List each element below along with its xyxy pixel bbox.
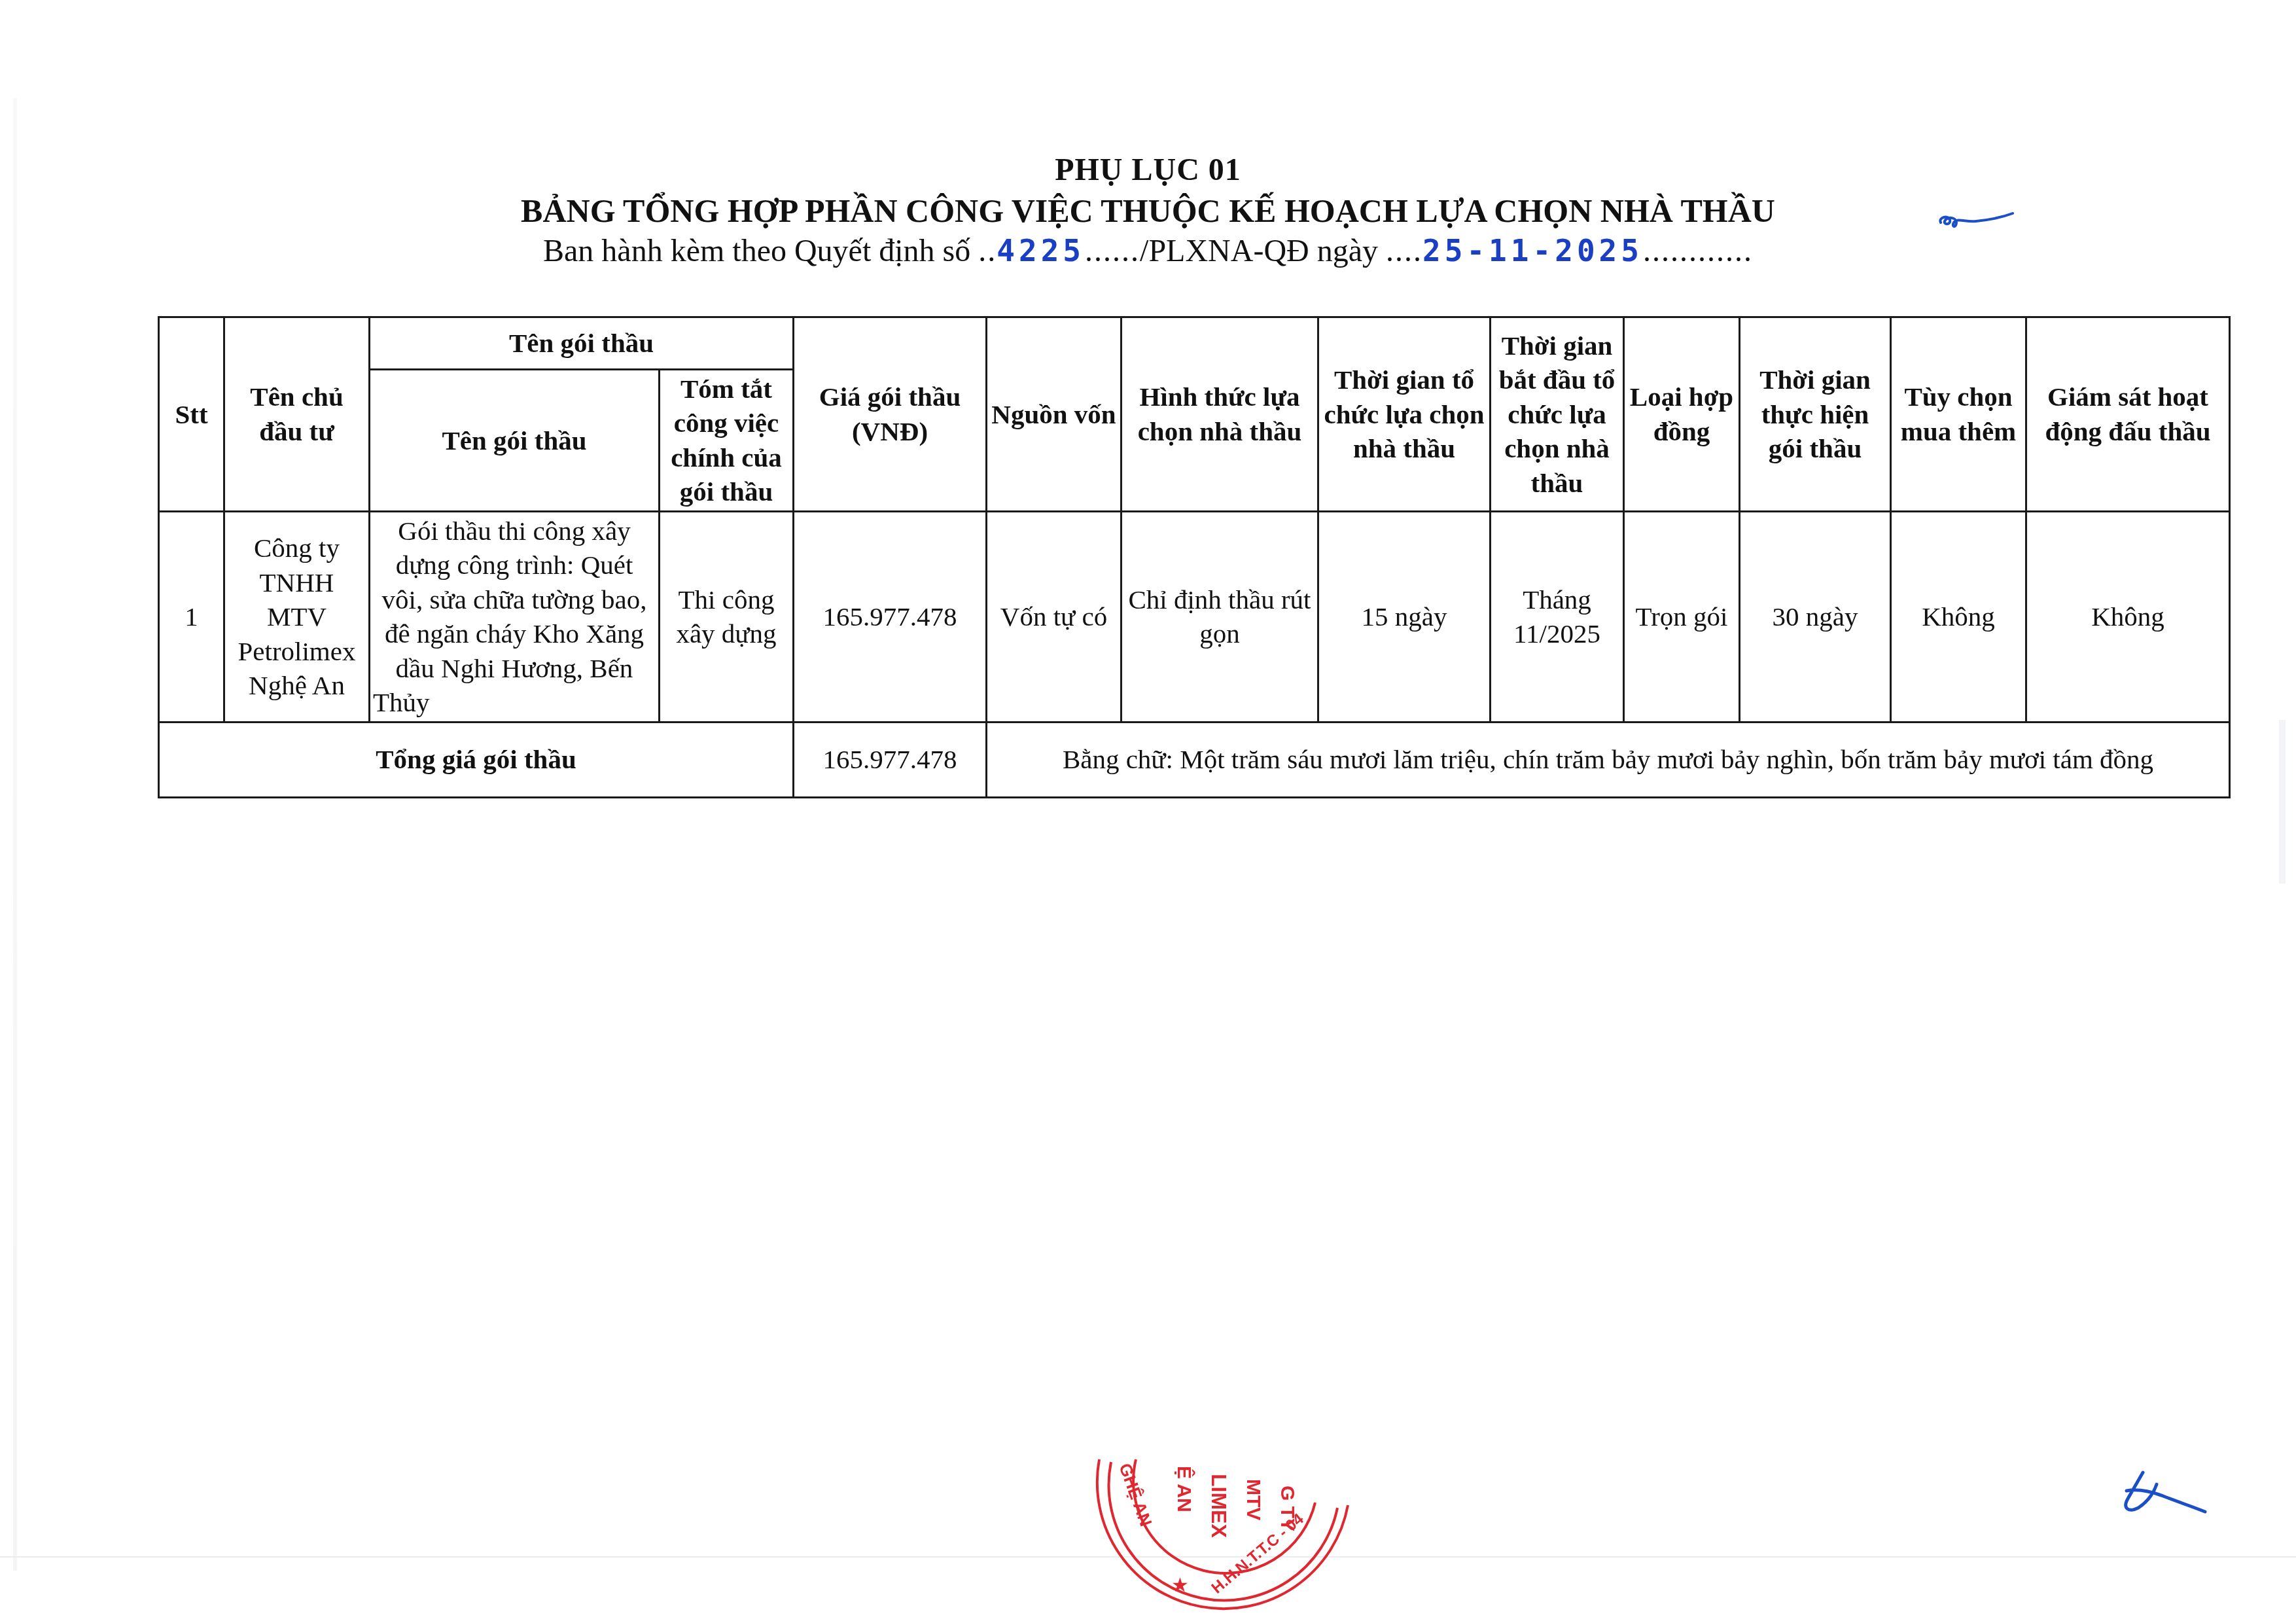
- header-funding: Nguồn vốn: [987, 317, 1122, 512]
- svg-text:GHỆ AN: GHỆ AN: [1115, 1461, 1156, 1529]
- cell-selection-duration: 15 ngày: [1318, 511, 1491, 722]
- decision-number: 4225: [997, 233, 1085, 268]
- svg-text:MTV: MTV: [1243, 1479, 1264, 1520]
- total-row: Tổng giá gói thầu 165.977.478 Bằng chữ: …: [159, 722, 2230, 797]
- company-seal-icon: G TY MTV LIMEX Ệ AN GHỆ AN ★ H.H.N.T.T.C…: [1073, 1440, 1361, 1616]
- header-selection-start: Thời gian bắt đầu tổ chức lựa chọn nhà t…: [1491, 317, 1624, 512]
- header-investor: Tên chủ đầu tư: [224, 317, 370, 512]
- total-price: 165.977.478: [794, 722, 987, 797]
- svg-text:LIMEX: LIMEX: [1207, 1474, 1231, 1538]
- scan-edge-artifact: [2279, 720, 2286, 883]
- cell-purchase-option: Không: [1891, 511, 2026, 722]
- cell-stt: 1: [159, 511, 224, 722]
- header-row: Stt Tên chủ đầu tư Tên gói thầu Giá gói …: [159, 317, 2230, 370]
- decision-suffix: /PLXNA-QĐ ngày: [1140, 234, 1386, 268]
- svg-text:★: ★: [1171, 1575, 1189, 1596]
- cell-package-name: Gói thầu thi công xây dựng công trình: Q…: [370, 511, 660, 722]
- dots: ..: [978, 234, 997, 268]
- cell-investor: Công ty TNHH MTV Petrolimex Nghệ An: [224, 511, 370, 722]
- contractor-selection-table: Stt Tên chủ đầu tư Tên gói thầu Giá gói …: [158, 316, 2231, 798]
- cell-execution-time: 30 ngày: [1740, 511, 1891, 722]
- header-monitoring: Giám sát hoạt động đấu thầu: [2026, 317, 2230, 512]
- cell-selection-method: Chỉ định thầu rút gọn: [1122, 511, 1318, 722]
- header-price: Giá gói thầu (VNĐ): [794, 317, 987, 512]
- appendix-title: PHỤ LỤC 01: [0, 152, 2296, 188]
- header-execution-time: Thời gian thực hiện gói thầu: [1740, 317, 1891, 512]
- cell-price: 165.977.478: [794, 511, 987, 722]
- signature-icon: [2113, 1466, 2212, 1525]
- header-purchase-option: Tùy chọn mua thêm: [1891, 317, 2026, 512]
- header-package-name: Tên gói thầu: [370, 370, 660, 512]
- header-summary: Tóm tắt công việc chính của gói thầu: [660, 370, 794, 512]
- cell-monitoring: Không: [2026, 511, 2230, 722]
- cell-summary: Thi công xây dựng: [660, 511, 794, 722]
- total-label: Tổng giá gói thầu: [159, 722, 794, 797]
- cell-selection-start: Tháng 11/2025: [1491, 511, 1624, 722]
- dots: ......: [1085, 234, 1140, 268]
- decision-date: 25-11-2025: [1422, 233, 1643, 268]
- cell-funding: Vốn tự có: [987, 511, 1122, 722]
- table-row: 1 Công ty TNHH MTV Petrolimex Nghệ An Gó…: [159, 511, 2230, 722]
- decision-reference: Ban hành kèm theo Quyết định số ..4225..…: [0, 233, 2296, 269]
- header-package-group: Tên gói thầu: [370, 317, 794, 370]
- header-contract-type: Loại hợp đồng: [1624, 317, 1740, 512]
- total-in-words: Bằng chữ: Một trăm sáu mươi lăm triệu, c…: [987, 722, 2230, 797]
- header-selection-duration: Thời gian tổ chức lựa chọn nhà thầu: [1318, 317, 1491, 512]
- svg-text:Ệ AN: Ệ AN: [1173, 1466, 1195, 1512]
- dots: ............: [1643, 234, 1753, 268]
- header-selection-method: Hình thức lựa chọn nhà thầu: [1122, 317, 1318, 512]
- decision-prefix: Ban hành kèm theo Quyết định số: [543, 234, 978, 268]
- cell-contract-type: Trọn gói: [1624, 511, 1740, 722]
- initial-mark-icon: [1937, 208, 2015, 234]
- header-stt: Stt: [159, 317, 224, 512]
- scan-edge-artifact: [13, 98, 17, 1571]
- dots: ....: [1386, 234, 1422, 268]
